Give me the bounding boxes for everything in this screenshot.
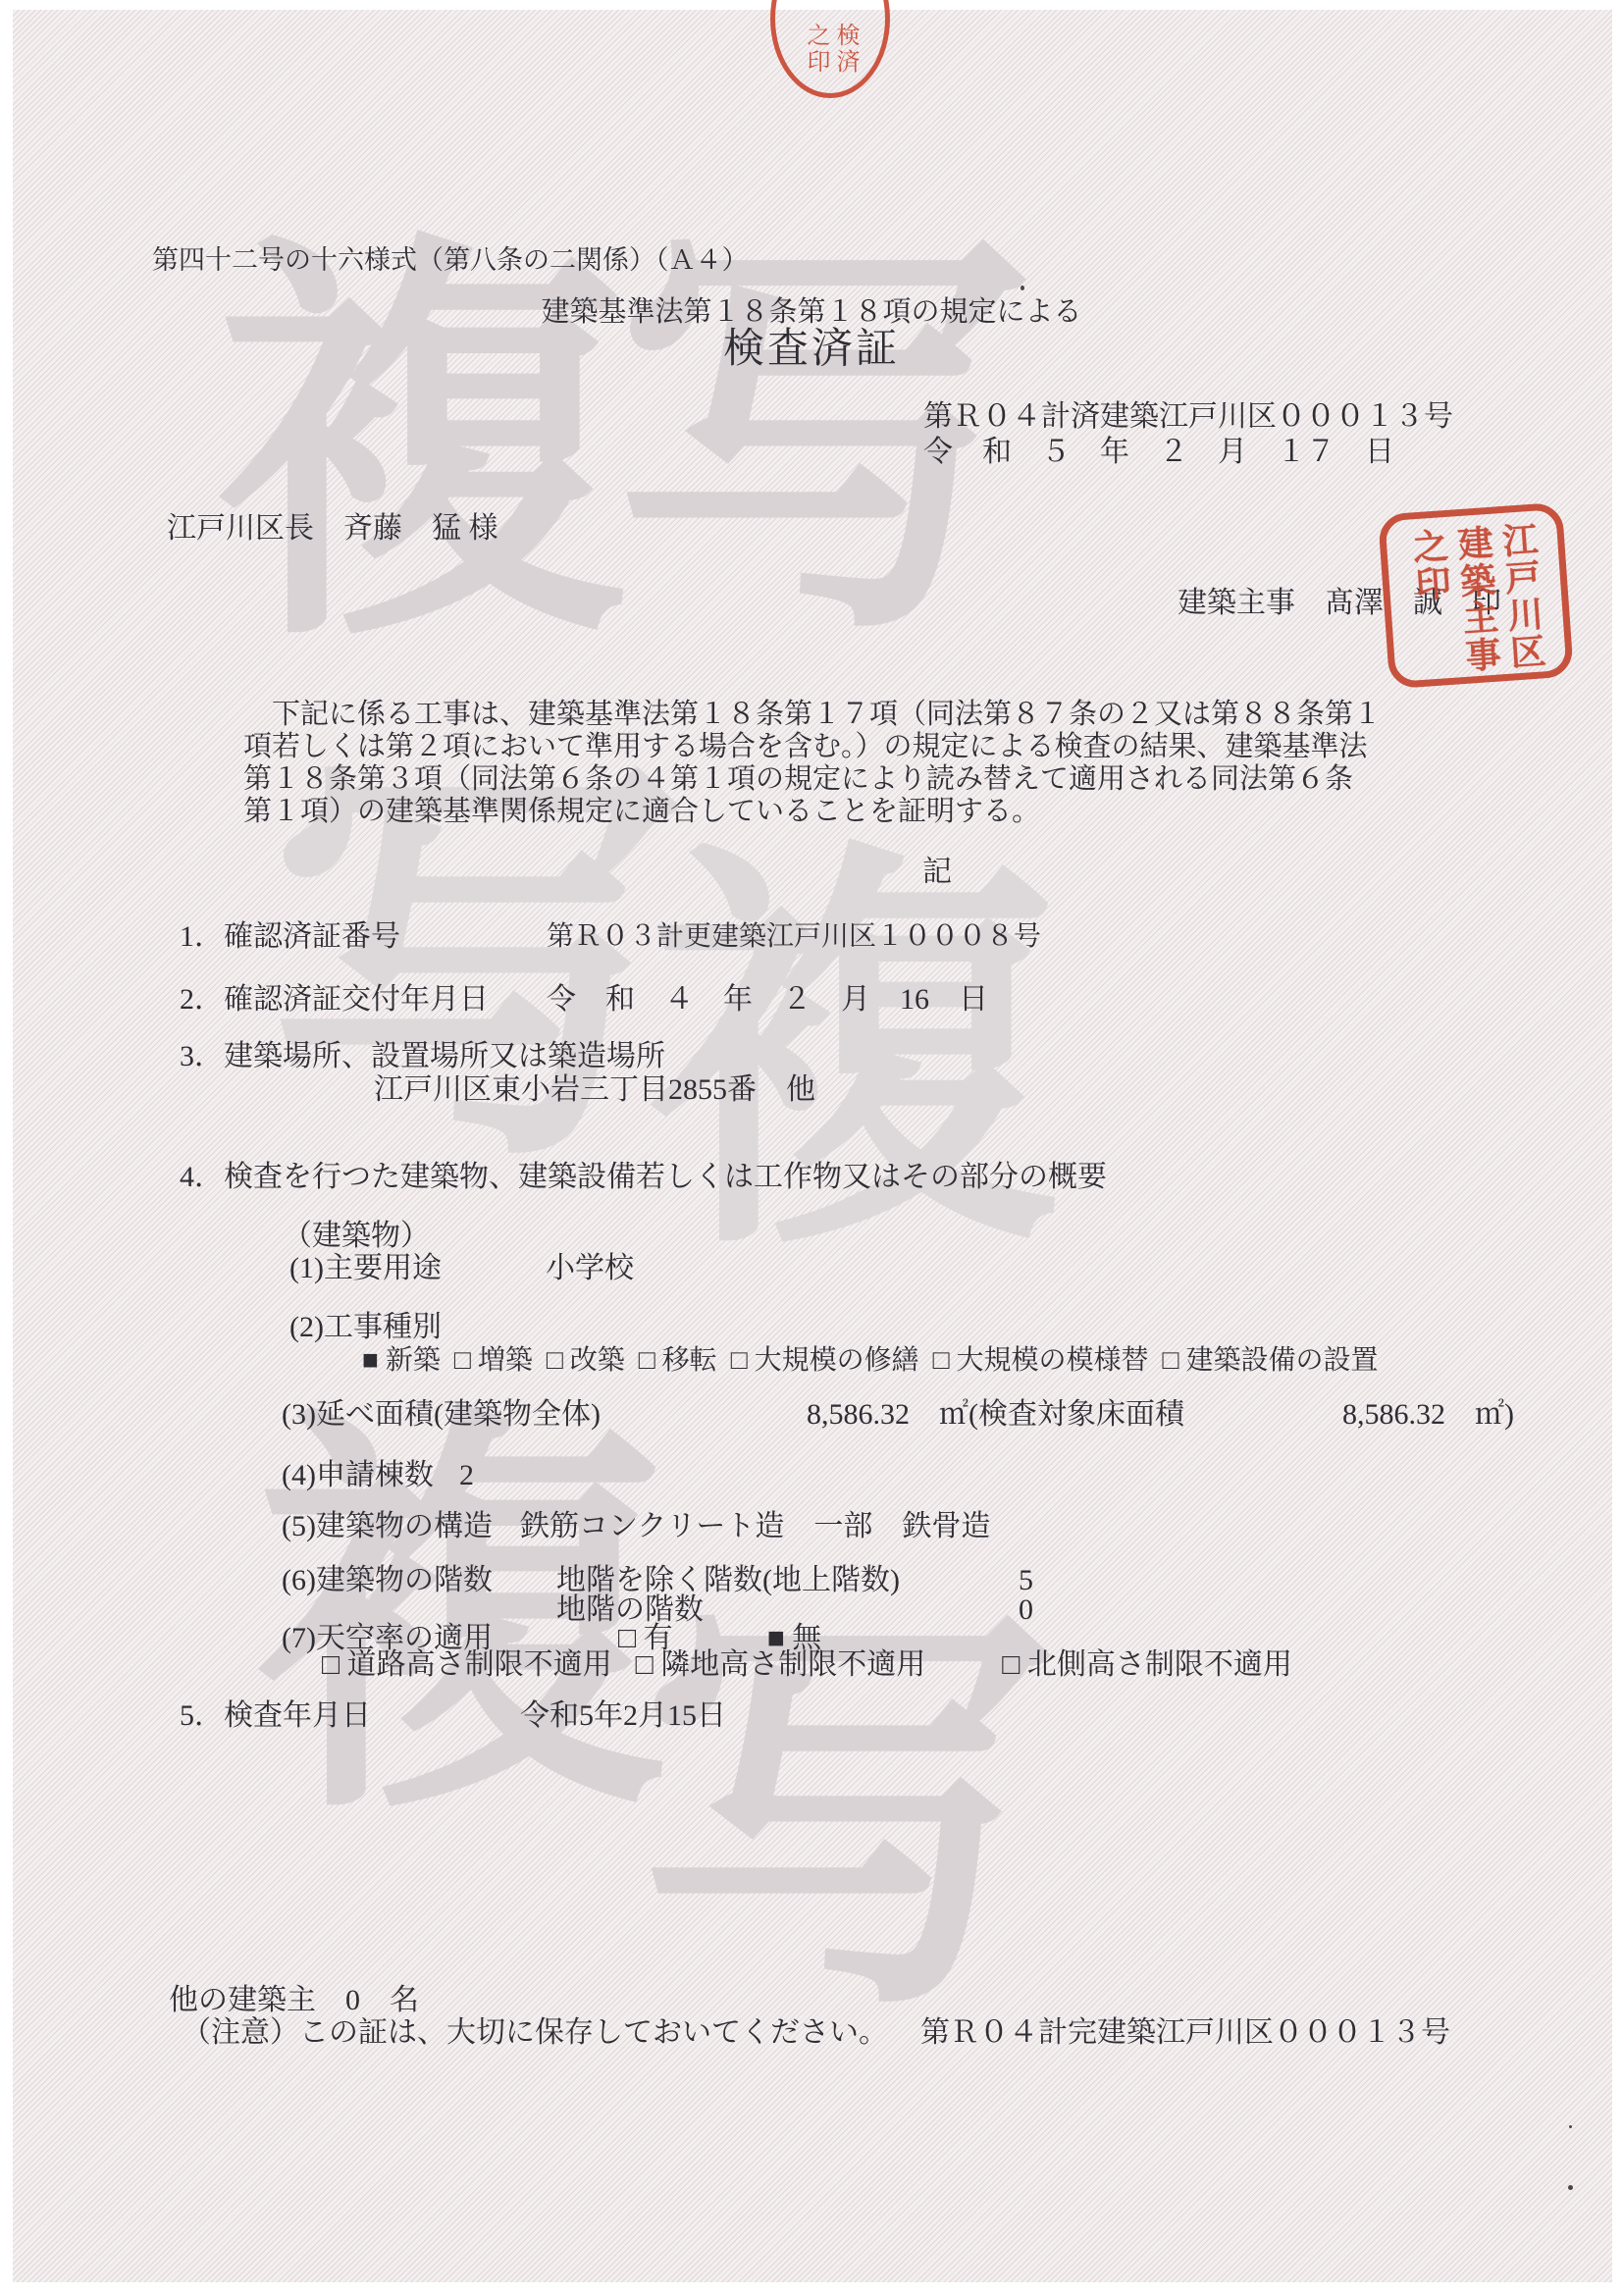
- item-4-3-value-total: 8,586.32 ㎡(検査対象床面積: [807, 1398, 1184, 1432]
- item-5-value: 令和5年2月15日: [520, 1699, 726, 1733]
- item-3-value: 江戸川区東小岩三丁目2855番 他: [374, 1073, 815, 1107]
- paragraph-line: 項若しくは第２項において準用する場合を含む。）の規定による検査の結果、建築基準法: [243, 731, 1382, 763]
- other-owners-line: 他の建築主 0 名: [169, 1984, 419, 2017]
- seal-glyph-column: 之印: [1407, 527, 1454, 680]
- document-title: 検査済証: [723, 327, 900, 372]
- floors-above-ground-value: 5: [1019, 1564, 1033, 1597]
- paragraph-line: 第１８条第３項（同法第６条の４第１項の規定により読み替えて適用される同法第６条: [243, 763, 1382, 796]
- work-type-checkbox: □ 増築: [454, 1344, 533, 1378]
- work-type-checkbox: □ 大規模の修繕: [731, 1344, 919, 1378]
- paragraph-line: 下記に係る工事は、建築基準法第１８条第１７項（同法第８７条の２又は第８８条第１: [243, 699, 1382, 731]
- work-type-checkbox: □ 大規模の模様替: [933, 1344, 1149, 1378]
- building-heading: （建築物）: [283, 1220, 430, 1253]
- work-type-checkboxes: ■ 新築□ 増築□ 改築□ 移転□ 大規模の修繕□ 大規模の模様替□ 建築設備の…: [362, 1344, 1378, 1378]
- certificate-number: 第Ｒ０４計済建築江戸川区０００１３号: [923, 400, 1453, 434]
- ki-heading: 記: [922, 856, 952, 889]
- item-4-3-label: (3)延べ面積(建築物全体): [282, 1398, 601, 1432]
- item-4-6-label: (6)建築物の階数: [282, 1564, 493, 1597]
- work-type-checkbox: □ 改築: [547, 1344, 625, 1378]
- scan-speck: [1568, 2185, 1573, 2190]
- issue-date: 令 和 ５ 年 ２ 月 １７ 日: [923, 436, 1394, 469]
- item-4-1-value: 小学校: [546, 1252, 634, 1285]
- item-2-value: 令 和 ４ 年 ２ 月 16 日: [547, 983, 988, 1017]
- scan-speck: [1569, 2125, 1572, 2128]
- height-limit-checkboxes: □ 道路高さ制限不適用□ 隣地高さ制限不適用□ 北側高さ制限不適用: [322, 1648, 1292, 1682]
- height-limit-checkbox: □ 北側高さ制限不適用: [1002, 1648, 1292, 1682]
- seal-glyph-column: 建築主事: [1452, 524, 1499, 677]
- examiner-seal-stamp: 江戸川区建築主事之印: [1378, 502, 1574, 690]
- addressee-line: 江戸川区長 斉藤 猛 様: [167, 512, 498, 546]
- form-number: 第四十二号の十六様式（第八条の二関係）（Ａ４）: [152, 243, 749, 277]
- item-1-label: 1．確認済証番号: [180, 920, 400, 954]
- height-limit-checkbox: □ 隣地高さ制限不適用: [636, 1648, 926, 1682]
- item-2-label: 2．確認済証交付年月日: [180, 983, 489, 1017]
- item-4-1-label: (1)主要用途: [289, 1252, 442, 1285]
- seal-glyph-column: 江戸川区: [1497, 521, 1544, 674]
- notice-line: （注意）この証は、大切に保存しておいてください。: [182, 2016, 888, 2050]
- certification-paragraph: 下記に係る工事は、建築基準法第１８条第１７項（同法第８７条の２又は第８８条第１項…: [243, 699, 1382, 828]
- item-4-5-label: (5)建築物の構造: [282, 1510, 493, 1543]
- item-5-label: 5．検査年月日: [180, 1699, 371, 1733]
- oval-seal-glyph-column: 之印: [804, 23, 827, 76]
- basement-floors-value: 0: [1019, 1593, 1033, 1627]
- item-4-2-label: (2)工事種別: [289, 1311, 442, 1344]
- work-type-checkbox: □ 建築設備の設置: [1163, 1344, 1379, 1378]
- item-3-label: 3．建築場所、設置場所又は築造場所: [180, 1040, 665, 1073]
- item-4-label: 4．検査を行つた建築物、建築設備若しくは工作物又はその部分の概要: [180, 1161, 1107, 1194]
- work-type-checkbox: □ 移転: [639, 1344, 717, 1378]
- inspection-certificate-document: 複写写複複写 検済之印 第四十二号の十六様式（第八条の二関係）（Ａ４） 建築基準…: [0, 0, 1623, 2296]
- floors-above-ground-label: 地階を除く階数(地上階数): [556, 1564, 900, 1597]
- item-4-4-label: (4)申請棟数: [282, 1459, 434, 1492]
- oval-seal-glyph-column: 検済: [833, 23, 857, 76]
- scan-speck: [1021, 286, 1024, 290]
- item-4-4-value: 2: [459, 1459, 474, 1492]
- item-4-5-value: 鉄筋コンクリート造 一部 鉄骨造: [520, 1510, 990, 1543]
- item-4-3-value-inspected: 8,586.32 ㎡): [1342, 1398, 1514, 1432]
- item-1-value: 第Ｒ０３計更建築江戸川区１０００８号: [547, 920, 1041, 954]
- work-type-checkbox: ■ 新築: [362, 1344, 441, 1378]
- footer-document-number: 第Ｒ０４計完建築江戸川区０００１３号: [920, 2016, 1450, 2050]
- height-limit-checkbox: □ 道路高さ制限不適用: [322, 1648, 612, 1682]
- paragraph-line: 第１項）の建築基準関係規定に適合していることを証明する。: [243, 796, 1382, 828]
- law-reference-line: 建築基準法第１８条第１８項の規定による: [541, 295, 1081, 329]
